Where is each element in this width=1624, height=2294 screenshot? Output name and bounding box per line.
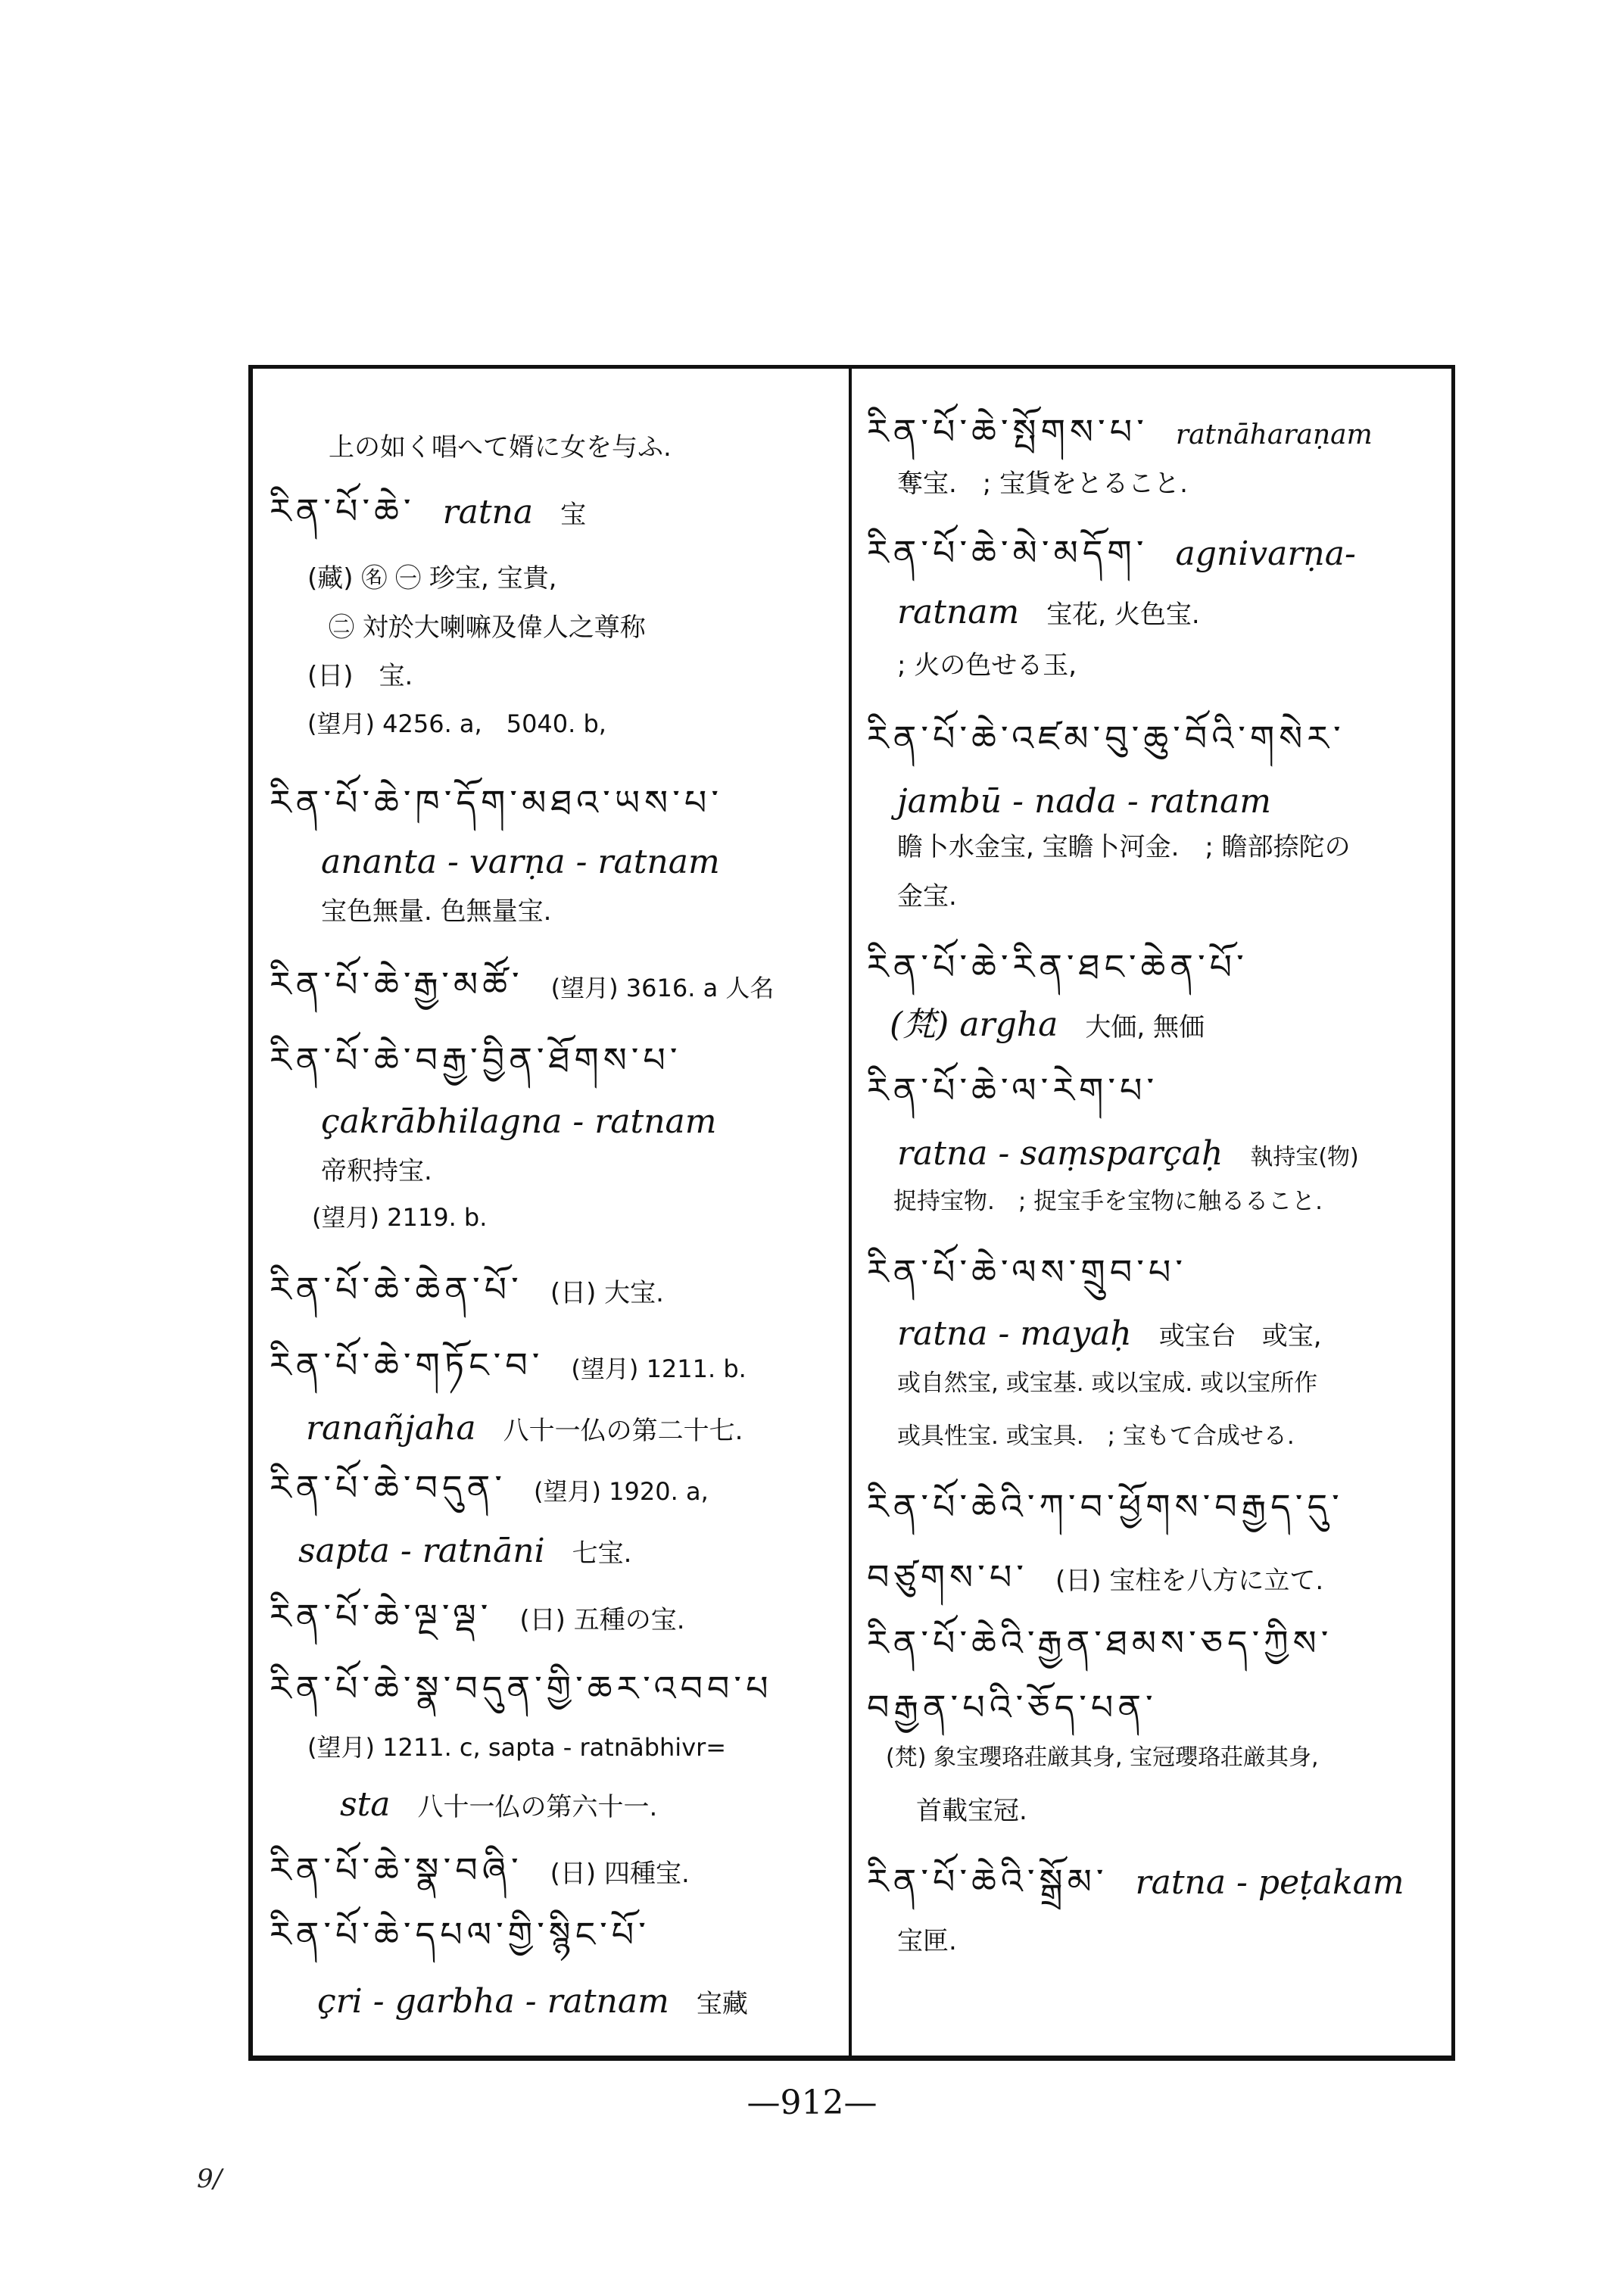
dictionary-entry-headword: རིན་པོ་ཆེ་བདུན་(望月) 1920. a, (270, 1470, 709, 1505)
tibetan-headword: རིན་པོ་ཆེ་སྣ་བཞི་ (270, 1850, 523, 1890)
reference-line: (望月) 3616. a 人名 (551, 974, 775, 1002)
definition-line: ㊁ 対於大喇嘛及偉人之尊称 (329, 615, 646, 641)
sanskrit-term: ratna - peṭakam (1136, 1863, 1404, 1902)
sanskrit-term: ratna - saṃsparçaḥ (897, 1134, 1223, 1173)
tibetan-headword: རིན་པོ་ཆེ་གཏོང་བ་ (270, 1345, 544, 1385)
sanskrit-term: ratnam (897, 593, 1019, 631)
definition-line: 瞻卜水金宝, 宝瞻卜河金. ; 瞻部捺陀の (897, 834, 1351, 860)
tibetan-headword: རིན་པོ་ཆེའི་ཀ་བ་ཕྱོགས་བརྒྱད་དུ་ (867, 1489, 1344, 1524)
definition-line: 金宝. (897, 884, 957, 909)
dictionary-entry-headword: རིན་པོ་ཆེ་གཏོང་བ་(望月) 1211. b. (270, 1348, 747, 1382)
japanese-gloss: (日) 宝柱を八方に立て. (1055, 1566, 1323, 1596)
reference-line: (望月) 1920. a, (534, 1477, 709, 1506)
tibetan-headword: རིན་པོ་ཆེ་རྒྱ་མཚོ་ (270, 964, 524, 1005)
definition-line: 或具性宝. 或宝具. ; 宝もて合成せる. (897, 1425, 1295, 1448)
japanese-gloss: (日) 五種の宝. (519, 1605, 684, 1635)
japanese-gloss: 或宝台 或宝, (1159, 1321, 1322, 1351)
sanskrit-line: ratna - mayaḥ或宝台 或宝, (897, 1317, 1322, 1351)
tibetan-headword: བཙུགས་པ་ (867, 1557, 1028, 1597)
right-column: རིན་པོ་ཆེ་སྤོགས་པ་ratnāharaṇam 奪宝. ; 宝貨を… (852, 365, 1454, 2061)
tibetan-headword: རིན་པོ་ཆེ་ལས་གྲུབ་པ་ (867, 1255, 1187, 1289)
sanskrit-term: sta (340, 1785, 391, 1824)
dictionary-entry-headword: རིན་པོ་ཆེ་རྒྱ་མཚོ་(望月) 3616. a 人名 (270, 967, 774, 1002)
page-number: —912— (0, 2084, 1624, 2122)
sanskrit-term: çakrābhilagna - ratnam (321, 1105, 717, 1139)
japanese-gloss: 八十一仏の第二十七. (503, 1416, 743, 1446)
sanskrit-line: çri - garbha - ratnam宝藏 (317, 1985, 748, 2018)
japanese-gloss: 宝 (560, 500, 586, 530)
definition-line: (日) 宝. (307, 663, 413, 689)
dictionary-entry-headword: རིན་པོ་ཆེ་ཆེན་པོ་(日) 大宝. (270, 1272, 664, 1307)
tibetan-headword: རིན་པོ་ཆེ་ཆེན་པོ་ (270, 1269, 523, 1310)
japanese-gloss: 宝花, 火色宝. (1046, 600, 1199, 630)
tibetan-headword: རིན་པོ་ཆེ་མེ་མདོག་ (867, 532, 1148, 573)
sanskrit-line: ranañjaha八十一仏の第二十七. (306, 1412, 743, 1445)
tibetan-headword: རིན་པོ་ཆེ་དཔལ་གྱི་སྙིང་པོ་ (270, 1917, 650, 1952)
tibetan-headword: རིན་པོ་ཆེ་འཛམ་བུ་ཆུ་བོའི་གསེར་ (867, 721, 1345, 756)
sanskrit-term: ratna (443, 493, 534, 531)
japanese-gloss: (日) 四種宝. (550, 1859, 690, 1889)
sanskrit-line: (梵) argha大価, 無価 (890, 1008, 1205, 1042)
sanskrit-term: ratnāharaṇam (1176, 419, 1373, 450)
dictionary-entry-headword: རིན་པོ་ཆེའི་སྒྲོམ་ratna - peṭakam (867, 1864, 1404, 1900)
definition-line: ; 火の色せる玉, (897, 653, 1077, 678)
sanskrit-term: çri - garbha - ratnam (317, 1982, 669, 2021)
japanese-gloss: 八十一仏の第六十一. (418, 1792, 658, 1822)
japanese-gloss: 宝藏 (697, 1989, 748, 2019)
definition-line: 或自然宝, 或宝基. 或以宝成. 或以宝所作 (897, 1372, 1317, 1395)
tibetan-headword: རིན་པོ་ཆེ་བརྒྱ་བྱིན་ཐོགས་པ་ (270, 1043, 682, 1077)
definition-line: 捉持宝物. ; 捉宝手を宝物に触るること. (893, 1190, 1323, 1214)
tibetan-headword: རིན་པོ་ཆེ་ལྔ་ལྡ་ (270, 1596, 492, 1637)
tibetan-headword: རིན་པོ་ཆེ་རིན་ཐང་ཆེན་པོ་ (867, 949, 1248, 984)
reference-line: (望月) 1211. c, sapta - ratnābhivr= (307, 1735, 726, 1759)
tibetan-headword: རིན་པོ་ཆེ་སྤོགས་པ་ (867, 411, 1149, 452)
tibetan-continuation: བཙུགས་པ་(日) 宝柱を八方に立て. (867, 1560, 1323, 1594)
sanskrit-line: sta八十一仏の第六十一. (340, 1788, 657, 1822)
sanskrit-term: ranañjaha (306, 1409, 476, 1448)
dictionary-entry-headword: རིན་པོ་ཆེ་སྤོགས་པ་ratnāharaṇam (867, 414, 1373, 449)
dictionary-entry-headword: རིན་པོ་ཆེ་ratna宝 (270, 494, 586, 529)
sanskrit-line: sapta - ratnāni七宝. (298, 1535, 631, 1568)
definition-line: (藏) ㊔ ㊀ 珍宝, 宝貴, (307, 566, 556, 591)
dictionary-entry-headword: རིན་པོ་ཆེ་སྣ་བཞི་(日) 四種宝. (270, 1853, 690, 1887)
sanskrit-term: agnivarṇa- (1175, 535, 1355, 573)
sanskrit-term: sapta - ratnāni (298, 1532, 545, 1570)
sanskrit-term: ananta - varṇa - ratnam (321, 846, 720, 879)
definition-line: (梵) 象宝瓔珞荘厳其身, 宝冠瓔珞荘厳其身, (886, 1747, 1319, 1769)
dictionary-entry-headword: རིན་པོ་ཆེ་མེ་མདོག་agnivarṇa- (867, 535, 1356, 571)
sanskrit-line: ratnam宝花, 火色宝. (897, 596, 1200, 629)
japanese-gloss: (日) 大宝. (550, 1278, 664, 1308)
tibetan-headword: རིན་པོ་ཆེ་བདུན་ (270, 1467, 507, 1508)
japanese-gloss: 執持宝(物) (1250, 1144, 1358, 1170)
reference-line: (望月) 2119. b. (312, 1205, 487, 1230)
definition-line: 首載宝冠. (916, 1798, 1027, 1824)
left-column: 上の如く唱へて婿に女を与ふ. རིན་པོ་ཆེ་ratna宝 (藏) ㊔ ㊀ … (253, 365, 848, 2061)
reference-line: (望月) 4256. a, 5040. b, (307, 712, 606, 736)
reference-line: (望月) 1211. b. (571, 1354, 746, 1383)
entry-text: 上の如く唱へて婿に女を与ふ. (329, 435, 672, 460)
sanskrit-line: ratna - saṃsparçaḥ執持宝(物) (897, 1137, 1359, 1170)
japanese-gloss: 七宝. (572, 1538, 632, 1569)
sanskrit-term: jambū - nada - ratnam (897, 785, 1271, 818)
tibetan-headword: རིན་པོ་ཆེ་ (270, 491, 416, 531)
japanese-gloss: 大価, 無価 (1085, 1012, 1205, 1043)
sanskrit-term: (梵) argha (890, 1005, 1058, 1044)
sanskrit-term: ratna - mayaḥ (897, 1314, 1132, 1353)
dictionary-entry-headword: རིན་པོ་ཆེ་ལྔ་ལྡ་(日) 五種の宝. (270, 1599, 685, 1634)
tibetan-headword: རིན་པོ་ཆེ་ལ་རེག་པ་ (867, 1073, 1158, 1108)
tibetan-headword: བརྒྱན་པའི་ཅོད་པན་ (867, 1690, 1158, 1725)
tibetan-headword: རིན་པོ་ཆེ་སྣ་བདུན་གྱི་ཆར་འབབ་པ (270, 1671, 773, 1706)
tibetan-headword: རིན་པོ་ཆེའི་སྒྲོམ་ (867, 1861, 1108, 1902)
definition-line: 宝色無量. 色無量宝. (321, 899, 551, 924)
definition-line: 帝釈持宝. (321, 1158, 432, 1184)
corner-handwritten-mark: 9/ (197, 2164, 222, 2194)
tibetan-headword: རིན་པོ་ཆེ་ཁ་དོག་མཐའ་ཡས་པ་ (270, 785, 723, 820)
definition-line: 宝匣. (897, 1928, 957, 1954)
tibetan-headword: རིན་པོ་ཆེའི་རྒྱན་ཐམས་ཅད་ཀྱིས་ (867, 1625, 1333, 1660)
definition-line: 奪宝. ; 宝貨をとること. (897, 471, 1188, 497)
